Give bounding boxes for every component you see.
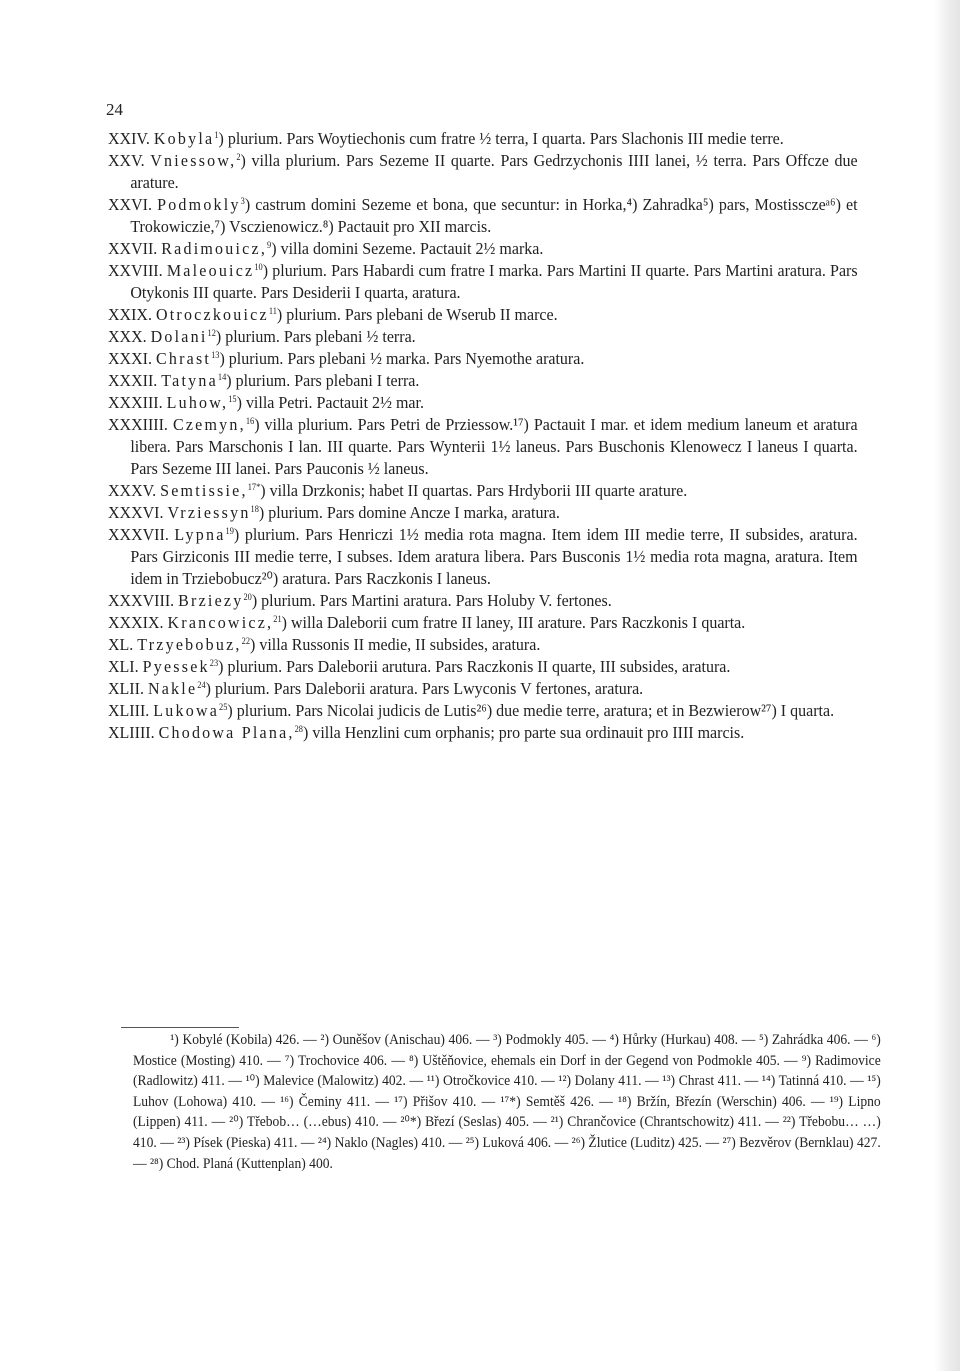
entry-place-name: Semtissie,: [160, 481, 248, 500]
entry-text: villa Petri. Pactauit 2½ mar.: [242, 393, 424, 412]
entry-numeral: XLIII.: [108, 701, 149, 720]
entry-place-name: Chrast: [156, 349, 211, 368]
entry-text: plurium. Pars Henriczi 1½ media rota mag…: [130, 525, 857, 588]
entry-text: plurium. Pars Woytiechonis cum fratre ½ …: [224, 129, 784, 148]
entry-place-name: Dolani: [151, 327, 208, 346]
entry-text: willa Daleborii cum fratre II laney, III…: [287, 613, 745, 632]
footnote-reference: 12: [208, 328, 216, 338]
entry-text: plurium. Pars plebani ½ marka. Pars Nyem…: [225, 349, 585, 368]
footnote-reference: 21: [273, 614, 281, 624]
entry-numeral: XXVII.: [108, 239, 157, 258]
register-entry: XXXIX. Krancowicz,21) willa Daleborii cu…: [108, 612, 858, 634]
entry-text: plurium. Pars plebani I terra.: [232, 371, 420, 390]
entry-numeral: XL.: [108, 635, 133, 654]
register-entry: XXXV. Semtissie,17*) villa Drzkonis; hab…: [108, 480, 858, 502]
footnote-reference: 28: [295, 724, 303, 734]
entry-numeral: XXXVIII.: [108, 591, 174, 610]
entry-text: villa Henzlini cum orphanis; pro parte s…: [308, 723, 744, 742]
register-entry: XXIX. Otroczkouicz11) plurium. Pars pleb…: [108, 304, 858, 326]
entry-numeral: XXIV.: [108, 129, 150, 148]
entry-numeral: XXXIII.: [108, 393, 163, 412]
register-entry: XXXIII. Luhow,15) villa Petri. Pactauit …: [108, 392, 858, 414]
entry-place-name: Trzyebobuz,: [137, 635, 241, 654]
entry-place-name: Krancowicz,: [167, 613, 273, 632]
entry-place-name: Vrziessyn: [167, 503, 250, 522]
register-entry: XLIII. Lukowa25) plurium. Pars Nicolai j…: [108, 700, 858, 722]
entry-numeral: XXXVII.: [108, 525, 169, 544]
footnote-reference: 11: [269, 306, 277, 316]
footnote-reference: 18: [251, 504, 259, 514]
register-entry: XLI. Pyessek23) plurium. Pars Daleborii …: [108, 656, 858, 678]
entry-place-name: Kobyla: [154, 129, 214, 148]
register-entry: XLII. Nakle24) plurium. Pars Daleborii a…: [108, 678, 858, 700]
page-number: 24: [106, 100, 123, 120]
footnote-reference: 16: [246, 416, 254, 426]
entry-numeral: XLI.: [108, 657, 139, 676]
footnote-reference: 24: [197, 680, 205, 690]
entry-numeral: XXXIIII.: [108, 415, 168, 434]
register-entry: XXVIII. Maleouicz10) plurium. Pars Habar…: [108, 260, 858, 304]
entry-numeral: XXX.: [108, 327, 147, 346]
footnotes: ¹) Kobylé (Kobila) 426. — ²) Ouněšov (An…: [133, 1030, 881, 1174]
entry-place-name: Vniessow,: [150, 151, 236, 170]
entry-numeral: XXXVI.: [108, 503, 163, 522]
entry-place-name: Chodowa Plana,: [159, 723, 295, 742]
footnote-divider: [121, 1027, 239, 1028]
register-entry: XL. Trzyebobuz,22) villa Russonis II med…: [108, 634, 858, 656]
register-entries: XXIV. Kobyla1) plurium. Pars Woytiechoni…: [108, 128, 858, 744]
entry-text: plurium. Pars domine Ancze I marka, arat…: [264, 503, 560, 522]
entry-text: plurium. Pars Nicolai judicis de Lutis²⁶…: [233, 701, 834, 720]
entry-place-name: Lypna: [174, 525, 225, 544]
entry-numeral: XXXI.: [108, 349, 152, 368]
entry-numeral: XLII.: [108, 679, 144, 698]
register-entry: XXXVIII. Brziezy20) plurium. Pars Martin…: [108, 590, 858, 612]
footnote-reference: 20: [243, 592, 251, 602]
register-entry: XXXVII. Lypna19) plurium. Pars Henriczi …: [108, 524, 858, 590]
register-entry: XXXI. Chrast13) plurium. Pars plebani ½ …: [108, 348, 858, 370]
entry-numeral: XXVI.: [108, 195, 152, 214]
entry-numeral: XXXII.: [108, 371, 157, 390]
entry-text: plurium. Pars Daleborii arutura. Pars Ra…: [223, 657, 730, 676]
footnote-reference: 14: [218, 372, 226, 382]
entry-place-name: Maleouicz: [167, 261, 255, 280]
entry-place-name: Otroczkouicz: [156, 305, 269, 324]
entry-numeral: XXV.: [108, 151, 145, 170]
entry-text: villa Russonis II medie, II subsides, ar…: [255, 635, 540, 654]
register-entry: XXVI. Podmokly3) castrum domini Sezeme e…: [108, 194, 858, 238]
register-entry: XXXIIII. Czemyn,16) villa plurium. Pars …: [108, 414, 858, 480]
footnote-reference: 17*: [248, 482, 261, 492]
entry-place-name: Podmokly: [157, 195, 241, 214]
register-entry: XXXII. Tatyna14) plurium. Pars plebani I…: [108, 370, 858, 392]
entry-place-name: Czemyn,: [173, 415, 246, 434]
entry-place-name: Lukowa: [153, 701, 219, 720]
register-entry: XXIV. Kobyla1) plurium. Pars Woytiechoni…: [108, 128, 858, 150]
entry-text: plurium. Pars plebani de Wserub II marce…: [282, 305, 557, 324]
entry-text: plurium. Pars Martini aratura. Pars Holu…: [257, 591, 612, 610]
register-entry: XLIIII. Chodowa Plana,28) villa Henzlini…: [108, 722, 858, 744]
entry-numeral: XXVIII.: [108, 261, 163, 280]
entry-place-name: Radimouicz,: [161, 239, 267, 258]
page-edge-shadow: [934, 0, 960, 1371]
entry-numeral: XXIX.: [108, 305, 152, 324]
entry-numeral: XXXV.: [108, 481, 156, 500]
entry-place-name: Luhow,: [167, 393, 229, 412]
footnote-reference: 13: [211, 350, 219, 360]
entry-place-name: Tatyna: [161, 371, 218, 390]
entry-place-name: Nakle: [148, 679, 197, 698]
entry-numeral: XLIIII.: [108, 723, 155, 742]
footnote-reference: 22: [242, 636, 250, 646]
entry-place-name: Brziezy: [178, 591, 243, 610]
register-entry: XXX. Dolani12) plurium. Pars plebani ½ t…: [108, 326, 858, 348]
register-entry: XXV. Vniessow,2) villa plurium. Pars Sez…: [108, 150, 858, 194]
entry-place-name: Pyessek: [143, 657, 210, 676]
entry-text: plurium. Pars plebani ½ terra.: [221, 327, 415, 346]
entry-text: villa Drzkonis; habet II quartas. Pars H…: [266, 481, 688, 500]
register-entry: XXVII. Radimouicz,9) villa domini Sezeme…: [108, 238, 858, 260]
footnote-text: ¹) Kobylé (Kobila) 426. — ²) Ouněšov (An…: [133, 1030, 881, 1174]
entry-text: plurium. Pars Daleborii aratura. Pars Lw…: [211, 679, 643, 698]
register-entry: XXXVI. Vrziessyn18) plurium. Pars domine…: [108, 502, 858, 524]
entry-numeral: XXXIX.: [108, 613, 163, 632]
entry-text: villa domini Sezeme. Pactauit 2½ marka.: [277, 239, 544, 258]
